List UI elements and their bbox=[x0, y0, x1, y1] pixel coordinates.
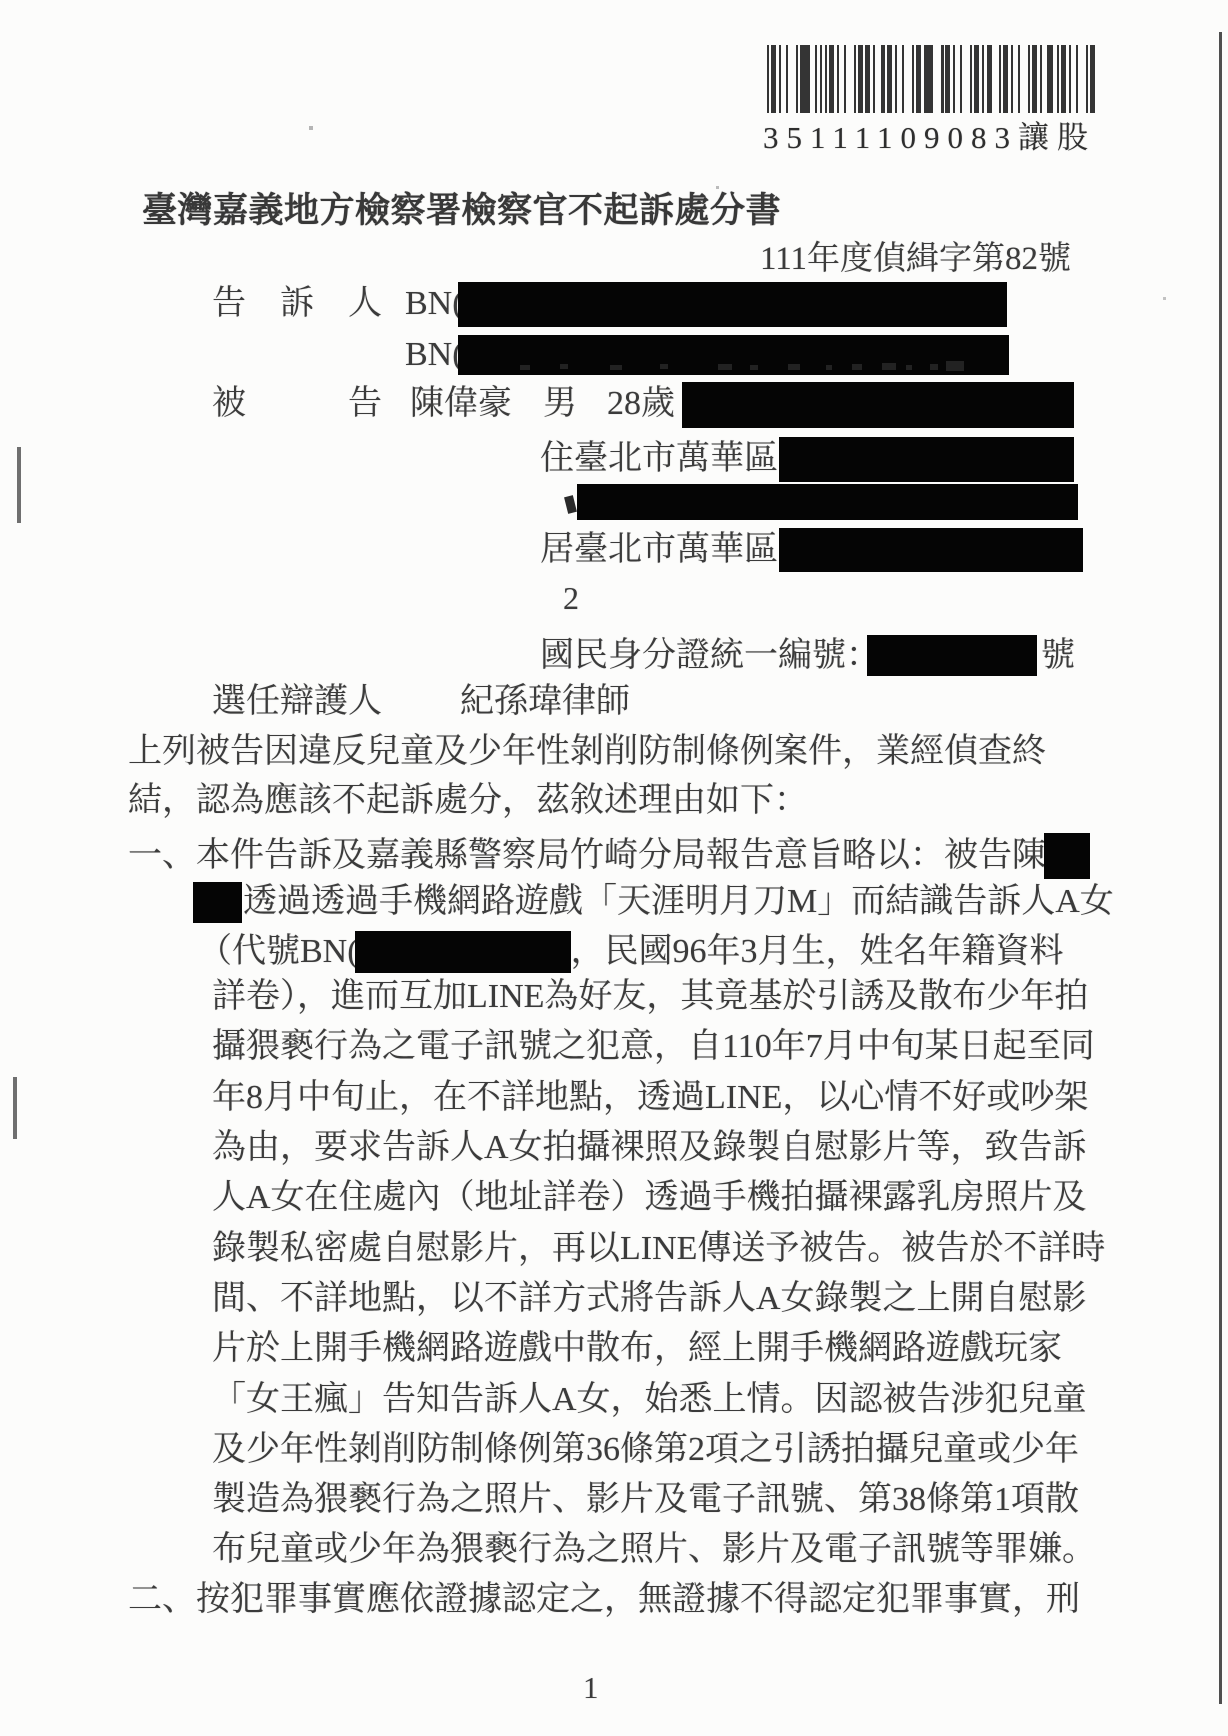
text-segment: 上列被告因違反兒童及少年性剝削防制條例案件，業經偵查終 bbox=[128, 735, 1046, 769]
body-line: 透過透過手機網路遊戲「天涯明月刀M」而結識告訴人A女 bbox=[193, 882, 1114, 923]
dust-speck bbox=[309, 126, 313, 130]
text-segment: 陳偉豪 bbox=[410, 387, 512, 421]
staple-mark bbox=[13, 1077, 17, 1139]
body-line: 年8月中旬止，在不詳地點，透過LINE，以心情不好或吵架 bbox=[212, 1081, 1088, 1115]
text-segment: 詳卷），進而互加LINE為好友，其竟基於引誘及散布少年拍 bbox=[212, 980, 1088, 1014]
redaction-box bbox=[577, 484, 1078, 520]
redaction-box bbox=[867, 635, 1037, 676]
text-segment: 被 告 bbox=[212, 387, 382, 421]
body-line: 間、不詳地點，以不詳方式將告訴人A女錄製之上開自慰影 bbox=[212, 1282, 1087, 1316]
body-line: 「女王瘋」告知告訴人A女，始悉上情。因認被告涉犯兒童 bbox=[212, 1383, 1087, 1417]
dust-speck bbox=[716, 186, 719, 189]
text-segment: 為由，要求告訴人A女拍攝裸照及錄製自慰影片等，致告訴 bbox=[212, 1131, 1087, 1165]
peek-text-fragment bbox=[788, 364, 800, 370]
peek-text-fragment bbox=[520, 365, 530, 370]
peek-text-fragment bbox=[906, 365, 912, 370]
text-segment: 男 bbox=[543, 387, 577, 421]
text-segment: 告 訴 人 bbox=[212, 287, 382, 321]
text-segment: 選任辯護人 bbox=[212, 685, 382, 719]
text-segment: 28歲 bbox=[607, 387, 675, 421]
text-segment: 國民身分證統一編號： bbox=[540, 639, 867, 673]
peek-text-fragment bbox=[826, 365, 832, 370]
body-line: 製造為猥褻行為之照片、影片及電子訊號、第38條第1項散 bbox=[212, 1483, 1079, 1517]
text-segment: 紀孫瑋律師 bbox=[460, 685, 630, 719]
text-segment: BN( bbox=[405, 287, 464, 321]
redaction-box bbox=[779, 437, 1074, 482]
peek-text-fragment bbox=[718, 364, 732, 370]
text-segment: 「女王瘋」告知告訴人A女，始悉上情。因認被告涉犯兒童 bbox=[212, 1383, 1087, 1417]
id-number-row: 國民身分證統一編號：號 bbox=[212, 635, 1075, 676]
peek-text-fragment bbox=[882, 363, 896, 370]
text-segment: 號 bbox=[1041, 639, 1075, 673]
body-line: 上列被告因違反兒童及少年性剝削防制條例案件，業經偵查終 bbox=[128, 735, 1046, 769]
redaction-box bbox=[1044, 833, 1090, 879]
barcode-image bbox=[767, 45, 1097, 113]
body-line: （代號BN(，民國96年3月生，姓名年籍資料 bbox=[198, 931, 1064, 973]
peek-text-fragment bbox=[852, 364, 862, 370]
text-segment: 居臺北市萬華區 bbox=[540, 533, 778, 567]
redaction-box bbox=[355, 931, 571, 973]
text-segment: 攝猥褻行為之電子訊號之犯意，自110年7月中旬某日起至同 bbox=[212, 1030, 1095, 1064]
residence-row: 住臺北市萬華區 bbox=[212, 437, 1074, 482]
redaction-box bbox=[458, 282, 1007, 327]
text-segment: 住臺北市萬華區 bbox=[540, 442, 778, 476]
peek-text-fragment bbox=[946, 361, 964, 371]
redaction-box bbox=[193, 882, 242, 923]
text-segment: 一、本件告訴及嘉義縣警察局竹崎分局報告意旨略以：被告陳 bbox=[128, 839, 1046, 873]
complainant-row: 告 訴 人BN( bbox=[212, 282, 1007, 327]
scan-edge-line bbox=[1219, 32, 1222, 1704]
body-line: 一、本件告訴及嘉義縣警察局竹崎分局報告意旨略以：被告陳 bbox=[128, 833, 1090, 879]
text-segment: 111年度偵緝字第82號 bbox=[760, 243, 1071, 276]
body-line: 片於上開手機網路遊戲中散布，經上開手機網路遊戲玩家 bbox=[212, 1332, 1062, 1366]
barcode-number: 35111109083讓股 bbox=[763, 112, 1096, 157]
peek-text-fragment bbox=[750, 365, 758, 370]
text-segment: 1 bbox=[583, 1672, 599, 1703]
page-number: 1 bbox=[583, 1672, 599, 1703]
text-segment: 2 bbox=[563, 582, 579, 614]
text-segment: 透過透過手機網路遊戲「天涯明月刀M」而結識告訴人A女 bbox=[243, 885, 1114, 919]
body-line: 攝猥褻行為之電子訊號之犯意，自110年7月中旬某日起至同 bbox=[212, 1030, 1095, 1064]
body-line: 結，認為應該不起訴處分，茲敘述理由如下： bbox=[128, 784, 808, 818]
scanned-document-page: 35111109083讓股 臺灣嘉義地方檢察署檢察官不起訴處分書 111年度偵緝… bbox=[0, 0, 1228, 1736]
peek-text-fragment bbox=[660, 364, 668, 369]
body-line: 為由，要求告訴人A女拍攝裸照及錄製自慰影片等，致告訴 bbox=[212, 1131, 1087, 1165]
peek-text-fragment bbox=[930, 364, 938, 370]
text-segment: 製造為猥褻行為之照片、影片及電子訊號、第38條第1項散 bbox=[212, 1483, 1079, 1517]
text-segment: 片於上開手機網路遊戲中散布，經上開手機網路遊戲玩家 bbox=[212, 1332, 1062, 1366]
text-segment: 間、不詳地點，以不詳方式將告訴人A女錄製之上開自慰影 bbox=[212, 1282, 1087, 1316]
peek-text-fragment bbox=[610, 365, 622, 370]
text-segment: 錄製私密處自慰影片，再以LINE傳送予被告。被告於不詳時 bbox=[212, 1232, 1105, 1266]
body-line: 詳卷），進而互加LINE為好友，其竟基於引誘及散布少年拍 bbox=[212, 980, 1088, 1014]
text-segment: ，民國96年3月生，姓名年籍資料 bbox=[571, 935, 1064, 969]
text-segment: 人A女在住處內（地址詳卷）透過手機拍攝裸露乳房照片及 bbox=[212, 1181, 1087, 1215]
defendant-row: 被 告陳偉豪男28歲 bbox=[212, 382, 1074, 428]
defense-counsel-row: 選任辯護人紀孫瑋律師 bbox=[212, 685, 630, 719]
domicile-row: 居臺北市萬華區 bbox=[212, 528, 1083, 572]
text-segment: 結，認為應該不起訴處分，茲敘述理由如下： bbox=[128, 784, 808, 818]
body-line: 人A女在住處內（地址詳卷）透過手機拍攝裸露乳房照片及 bbox=[212, 1181, 1087, 1215]
redaction-box bbox=[779, 528, 1083, 572]
body-line: 錄製私密處自慰影片，再以LINE傳送予被告。被告於不詳時 bbox=[212, 1232, 1105, 1266]
redaction-box bbox=[458, 335, 1009, 375]
text-segment: 及少年性剝削防制條例第36條第2項之引誘拍攝兒童或少年 bbox=[212, 1433, 1079, 1467]
text-segment: BN( bbox=[405, 338, 464, 372]
body-line: 及少年性剝削防制條例第36條第2項之引誘拍攝兒童或少年 bbox=[212, 1433, 1079, 1467]
redaction-row bbox=[212, 484, 1078, 520]
staple-mark bbox=[17, 447, 21, 523]
dust-speck bbox=[1163, 297, 1166, 300]
case-number-line: 111年度偵緝字第82號 bbox=[760, 243, 1071, 276]
body-line: 二、按犯罪事實應依證據認定之，無證據不得認定犯罪事實，刑 bbox=[128, 1583, 1080, 1617]
redaction-box bbox=[682, 382, 1074, 428]
text-segment: 年8月中旬止，在不詳地點，透過LINE，以心情不好或吵架 bbox=[212, 1081, 1088, 1115]
text-segment: 二、按犯罪事實應依證據認定之，無證據不得認定犯罪事實，刑 bbox=[128, 1583, 1080, 1617]
text-segment: 布兒童或少年為猥褻行為之照片、影片及電子訊號等罪嫌。 bbox=[212, 1533, 1096, 1567]
address-number-row: 2 bbox=[212, 582, 579, 614]
text-segment: （代號BN( bbox=[198, 935, 359, 969]
document-title: 臺灣嘉義地方檢察署檢察官不起訴處分書 bbox=[142, 183, 781, 233]
peek-text-fragment bbox=[560, 364, 568, 369]
body-line: 布兒童或少年為猥褻行為之照片、影片及電子訊號等罪嫌。 bbox=[212, 1533, 1096, 1567]
